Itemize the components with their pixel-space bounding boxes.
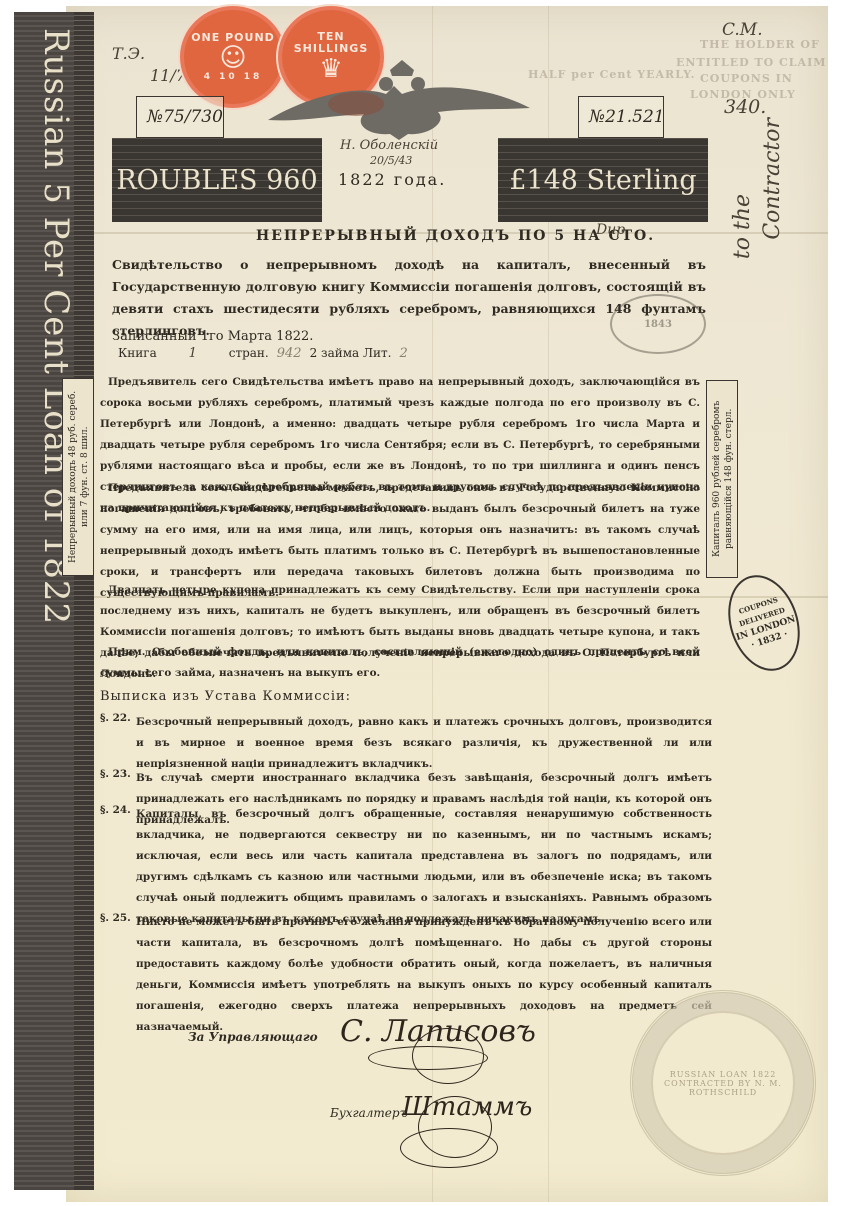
stub-income-box: Непрерывный доходъ 48 руб. сереб. или 7 … bbox=[62, 378, 94, 576]
capital-summary-box: Капиталъ 960 рублей серебромъ равняющійс… bbox=[706, 380, 738, 578]
bleed-through-text: HALF per Cent YEARLY. bbox=[528, 68, 696, 81]
recorded-date: Записанный 1го Марта 1822. bbox=[112, 326, 706, 347]
book-number: 1 bbox=[165, 346, 221, 361]
statute-extract-title: Выписка изъ Устава Коммиссіи: bbox=[100, 686, 700, 707]
serial-number-left: №75/730 bbox=[136, 96, 224, 138]
loan-letter: 2 bbox=[400, 346, 408, 361]
roubles-amount-banner: ROUBLES 960 bbox=[112, 138, 322, 222]
stamp-label: TEN SHILLINGS bbox=[282, 31, 380, 55]
capital-box-line2: равняющійся 148 фун. стерл. bbox=[723, 385, 735, 573]
handwritten-number: 340. bbox=[724, 96, 766, 118]
clause-number: §. 24. bbox=[100, 804, 131, 816]
handwritten-initials-right: C.M. bbox=[722, 20, 763, 40]
paragraph-note-sinking-fund: Прим. Особенный фондъ, или капиталъ, сос… bbox=[100, 642, 700, 684]
stub-box-line2: или 7 фун. ст. 8 шил. bbox=[79, 383, 91, 571]
capital-box-line1: Капиталъ 960 рублей серебромъ bbox=[711, 385, 723, 573]
accountant-signature-label: Бухгалтеръ bbox=[330, 1106, 408, 1120]
counterfoil-stub: Russian 5 Per Cent Loan of 1822 bbox=[14, 12, 80, 1190]
handwritten-duplicate-mark: Dup bbox=[596, 222, 625, 238]
issue-year: 1822 года. bbox=[338, 170, 446, 189]
manager-signature-label: За Управляющаго bbox=[188, 1030, 318, 1044]
serial-number-right: №21.521 bbox=[578, 96, 664, 138]
clause-number: §. 23. bbox=[100, 768, 131, 780]
head-profile-icon: ☺ bbox=[219, 44, 246, 72]
clause-number: §. 25. bbox=[100, 912, 131, 924]
bleed-through-text: ENTITLED TO CLAIM bbox=[676, 56, 826, 69]
ledger-reference: Книга 1 стран. 942 2 займа Лит. 2 bbox=[118, 346, 408, 361]
book-label: Книга bbox=[118, 346, 157, 360]
stub-border bbox=[74, 12, 94, 1190]
embossed-rothschild-seal: RUSSIAN LOAN 1822 CONTRACTED BY N. M. RO… bbox=[630, 990, 816, 1176]
sterling-amount-banner: £148 Sterling bbox=[498, 138, 708, 222]
double-headed-eagle-icon bbox=[268, 56, 530, 140]
handwritten-initials: Т.Э. bbox=[112, 44, 145, 63]
signature-flourish bbox=[412, 1028, 484, 1084]
clause-number: §. 22. bbox=[100, 712, 131, 724]
seal-text: RUSSIAN LOAN 1822 CONTRACTED BY N. M. RO… bbox=[663, 1070, 783, 1097]
handwritten-endorsement-date: 20/5/43 bbox=[370, 154, 412, 167]
handwritten-endorsement: Н. Оболенскій bbox=[340, 138, 438, 153]
bleed-through-text: COUPONS IN bbox=[700, 72, 793, 85]
handwritten-contractor: Contractor bbox=[760, 118, 785, 240]
stub-box-line1: Непрерывный доходъ 48 руб. сереб. bbox=[67, 383, 79, 571]
signature-flourish bbox=[418, 1096, 492, 1158]
clause-22-text: Безсрочный непрерывный доходъ, равно как… bbox=[136, 712, 712, 775]
loan-label: 2 займа Лит. bbox=[310, 346, 392, 360]
handwritten-to-the: to the bbox=[730, 194, 755, 259]
stub-spine-text: Russian 5 Per Cent Loan of 1822 bbox=[36, 28, 76, 1188]
page-number: 942 bbox=[277, 346, 302, 361]
page-label: стран. bbox=[229, 346, 269, 360]
stamp-numbers: 4 10 18 bbox=[204, 72, 263, 82]
